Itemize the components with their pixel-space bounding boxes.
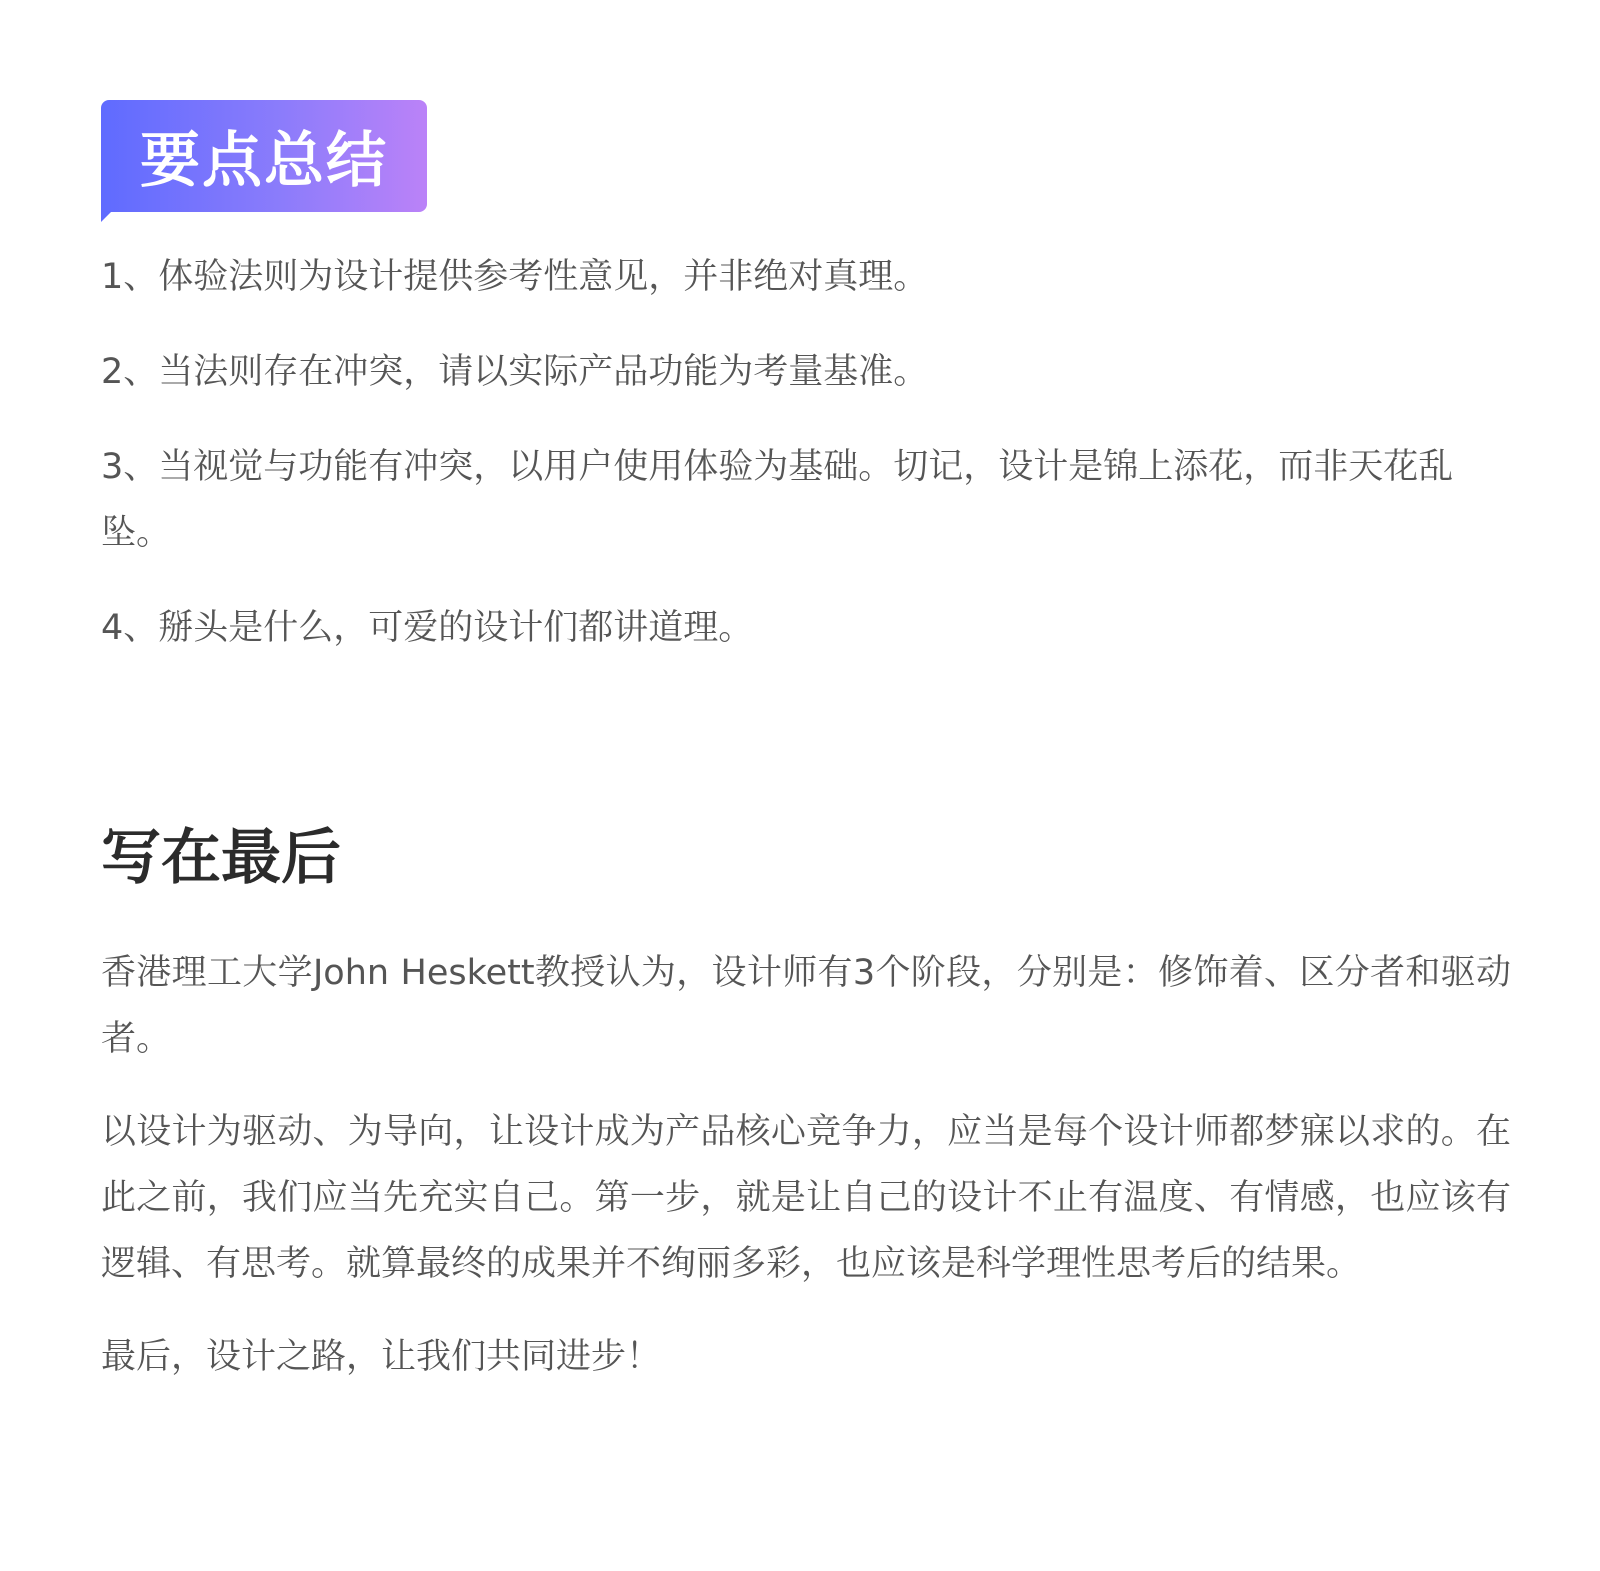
section-title: 写在最后 (101, 818, 341, 898)
paragraph: 最后，设计之路，让我们共同进步！ (101, 1324, 1511, 1390)
closing-content: 香港理工大学John Heskett教授认为，设计师有3个阶段，分别是：修饰着、… (101, 940, 1511, 1417)
summary-item: 3、当视觉与功能有冲突，以用户使用体验为基础。切记，设计是锦上添花，而非天花乱坠… (101, 434, 1511, 566)
summary-item: 2、当法则存在冲突，请以实际产品功能为考量基准。 (101, 339, 1511, 405)
paragraph: 香港理工大学John Heskett教授认为，设计师有3个阶段，分别是：修饰着、… (101, 940, 1511, 1072)
summary-item: 1、体验法则为设计提供参考性意见，并非绝对真理。 (101, 244, 1511, 310)
badge-tail-shape (101, 211, 112, 222)
summary-item: 4、掰头是什么，可爱的设计们都讲道理。 (101, 595, 1511, 661)
summary-badge-label: 要点总结 (101, 100, 427, 212)
paragraph: 以设计为驱动、为导向，让设计成为产品核心竞争力，应当是每个设计师都梦寐以求的。在… (101, 1099, 1511, 1297)
summary-badge: 要点总结 (101, 100, 427, 212)
summary-list: 1、体验法则为设计提供参考性意见，并非绝对真理。 2、当法则存在冲突，请以实际产… (101, 244, 1511, 690)
